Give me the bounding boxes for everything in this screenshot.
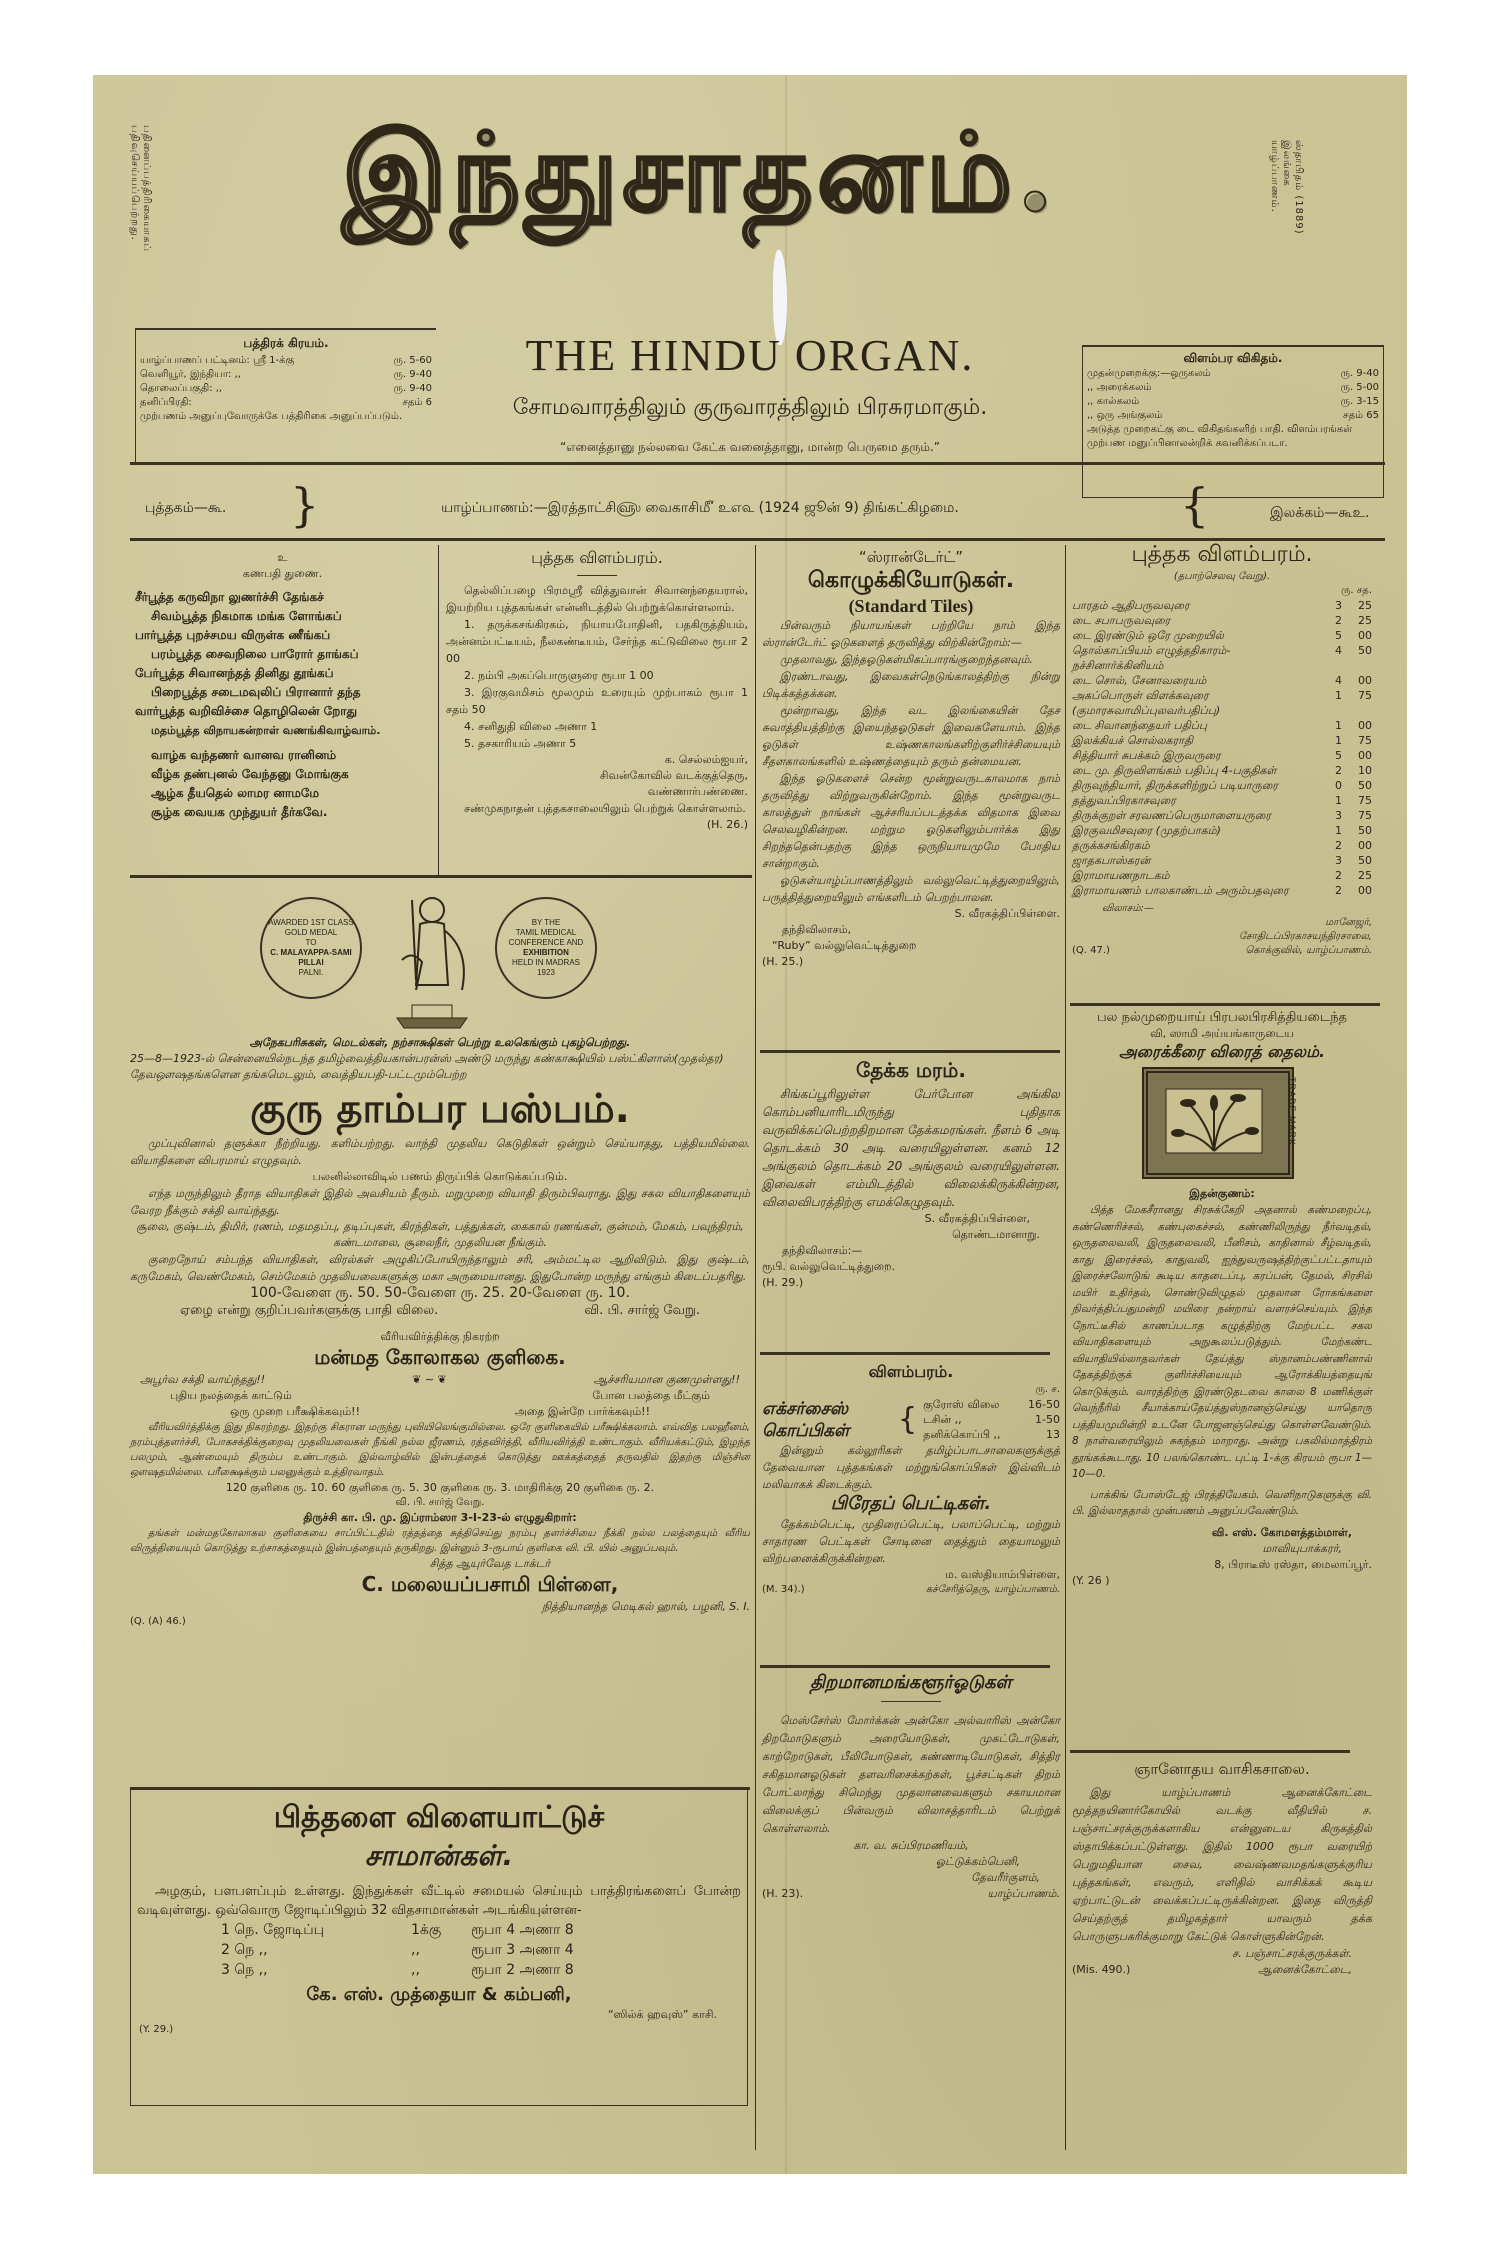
standard-tiles-advertisement: “ஸ்ரான்டேர்ட்” கொழுக்கியோடுகள். (Standar…	[762, 548, 1060, 970]
book-price-row: டை சிவானந்தையர் பதிப்பு100	[1072, 718, 1372, 733]
trademark-plant-icon	[1142, 1067, 1294, 1179]
book-title: பாரதம் ஆதிபருவவுரை	[1072, 598, 1320, 613]
book-price-cents: 00	[1342, 748, 1372, 763]
subscription-row: வெளியூர், இந்தியா: ,,ரு. 9-40	[140, 368, 432, 382]
book-price-row: இலக்கியச் சொல்லகராதி175	[1072, 733, 1372, 748]
dateline-bottom-rule	[130, 538, 1385, 541]
subscription-row: யாழ்ப்பாணப் பட்டினம்: ஸ்ரீ 1-க்குரு. 5-6…	[140, 354, 432, 368]
coffin-description: தேக்கம்பெட்டி, முதிரைப்பெட்டி, பலாப்பெட்…	[762, 1516, 1060, 1567]
motto: “எனைத்தானு நல்லவை கேட்க வனைத்தானு, மான்ற…	[440, 440, 1060, 456]
ad-rate-row: ,, ஒரு அங்குலம்சதம் 65	[1087, 409, 1379, 423]
book-ad-2-address-label: விலாசம்:—	[1072, 902, 1372, 916]
book-price-rupees: 0	[1320, 778, 1342, 793]
subscription-row: தொலைப்பகுதி: ,,ரு. 9-40	[140, 382, 432, 396]
book-price-cents: 50	[1342, 643, 1372, 673]
medicine-product-name: குரு தாம்பர பஸ்பம்.	[130, 1083, 750, 1135]
book-title: டை இரண்டும் ஒரே முறையில்	[1072, 628, 1320, 643]
ad-code: (H. 25.)	[762, 954, 1060, 970]
masthead-title: இந்துசாதனம்.	[250, 110, 1150, 251]
tiles-heading-english: (Standard Tiles)	[762, 596, 1060, 617]
book-ad-1-item: 2. நம்பி அகப்பொருளுரை ரூபா 1 00	[446, 667, 748, 684]
book-ad-1-heading: புத்தக விளம்பரம்.	[446, 548, 748, 569]
poem-line: வீழ்க தண்புனல் வேந்தனு மோங்குக	[135, 765, 430, 784]
book-price-rupees: 3	[1320, 598, 1342, 613]
volume-number: புத்தகம்—கூ.	[145, 500, 226, 518]
pill-description: வீரியவிர்த்திக்கு இது நிகரற்றது. இதற்கு …	[130, 1420, 750, 1480]
notice-heading: விளம்பரம்.	[762, 1362, 1060, 1383]
poem-line: பிறைபூத்த சடைமவுலிப் பிரானார் தந்த	[135, 683, 430, 702]
pill-tagline: ஆச்சரியமான குணமுள்ளது!!	[594, 1372, 740, 1388]
hair-oil-qualities-heading: இதன்குணம்:	[1072, 1186, 1372, 1202]
medicine-intro-1: அநேகபரிசுகள், மெடல்கள், நற்சாக்ஷிகள் பெற…	[130, 1035, 750, 1051]
mangalore-tiles-description: மெஸ்சேர்ஸ் மோர்க்கன் அன்கோ அல்வாரிஸ் அன்…	[762, 1712, 1060, 1838]
book-ad-2-heading: புத்தக விளம்பரம்.	[1072, 542, 1372, 570]
column-rule	[1065, 545, 1066, 2150]
brass-description: அழகும், பளபளப்பும் உள்ளது. இந்துக்கள் வீ…	[131, 1876, 747, 1920]
exercise-books-title: எக்சர்சைஸ்கொப்பிகள்	[762, 1398, 892, 1442]
book-price-cents: 50	[1342, 823, 1372, 838]
exercise-price-row: தனிக்கொப்பி ,,13	[923, 1427, 1060, 1442]
price-column-header: ரு. சத.	[1072, 584, 1372, 598]
book-price-list: பாரதம் ஆதிபருவவுரை325டை சபாபருவவுரை225டை…	[1072, 598, 1372, 898]
teak-wood-advertisement: தேக்க மரம். சிங்கப்பூரிலுள்ள பேர்போன அங்…	[762, 1058, 1060, 1291]
hair-oil-description: பித்த மேகசீரானது சிரசுக்கேறி அதனால் கண்ம…	[1072, 1202, 1372, 1483]
gold-medal-left-icon: AWARDED 1ST CLASS GOLD MEDALTOC. MALAYAP…	[260, 897, 362, 999]
mangalore-tiles-signature: கா. வ. சுப்பிரமணியம்,	[762, 1838, 1060, 1854]
book-price-rupees: 2	[1320, 868, 1342, 883]
book-ad-2-locality: கொக்குவில், யாழ்ப்பாணம்.	[1245, 944, 1372, 958]
book-title: டை மு. திருவிளங்கம் பதிப்பு 4-பகுதிகள்	[1072, 763, 1320, 778]
book-price-cents: 25	[1342, 598, 1372, 613]
pill-tagline: புதிய நலத்தைக் காட்டும்	[170, 1388, 292, 1404]
book-ad-1-item: 5. தசகாரியம் அணா 5	[446, 735, 748, 752]
book-title: திருவுந்தியார், திருக்களிற்றுப் படியாருர…	[1072, 778, 1320, 793]
establishment-note: ஸ்தாபிதம் (1889) இலங்கை யாழ்ப்பாணம்.	[1268, 140, 1304, 290]
library-notice: ஞானோதய வாசிகசாலை. இது யாழ்ப்பாணம் ஆனைக்க…	[1072, 1760, 1372, 1978]
ad-rates-title: விளம்பர விகிதம்.	[1083, 351, 1383, 367]
book-price-rupees: 3	[1320, 853, 1342, 868]
brass-price-row: 2 நெ ,,,,ரூபா 3 அணா 4	[221, 1940, 747, 1960]
medicine-paragraph: சூலை, குஷ்டம், திமிர், ரணம், மதமதப்பு, த…	[130, 1219, 750, 1251]
book-price-rupees: 5	[1320, 748, 1342, 763]
tiles-paragraph: முதலாவது, இந்தஓடுகள்மிகப்பாரங்குறைந்தனவு…	[762, 651, 1060, 668]
registration-line-1: பதினைப்பத்திரிகையாகப்	[140, 125, 152, 235]
doctor-address: நித்தியானந்த மெடிகல் ஹால், பழனி, S. I.	[130, 1599, 750, 1615]
teak-telegram-address: ரூபி. வல்லுவெட்டித்துறை.	[762, 1259, 1060, 1275]
invocation-poem: உ கணபதி துணை. சீர்பூத்த கருவிநா லுணர்ச்ச…	[135, 550, 430, 822]
poem-line: மதம்பூத்த விநாயகன்றாள் வணங்கிவாழ்வாம்.	[135, 721, 430, 740]
book-advertisement-1: புத்தக விளம்பரம். தெல்லிப்பழை பிரமஸ்ரீ வ…	[446, 548, 748, 833]
ad-code: (Q. (A) 46.)	[130, 1615, 750, 1629]
tiles-telegram-label: தந்திவிலாசம்,	[762, 922, 1060, 938]
mangalore-tiles-company: ஓட்டுக்கம்பெனி,	[762, 1854, 1060, 1870]
book-price-cents: 00	[1342, 718, 1372, 733]
book-price-rupees: 4	[1320, 673, 1342, 688]
book-price-cents: 10	[1342, 763, 1372, 778]
medicine-discount-note: ஏழை என்று குறிப்பவர்களுக்கு பாதி விலை.	[180, 1303, 438, 1319]
book-ad-2-manager: மானேஜர்,	[1072, 916, 1372, 930]
notice-signature: ம. வஸ்தியாம்பிள்ளை,	[762, 1567, 1060, 1583]
poem-symbol: உ	[135, 550, 430, 566]
tiles-heading: கொழுக்கியோடுகள்.	[762, 568, 1060, 596]
book-title: தத்துவப்பிரகாசவுரை	[1072, 793, 1320, 808]
pill-tagline: அதை இன்றே பார்க்கவும்!!	[515, 1404, 650, 1420]
mangalore-tiles-heading: திறமானமங்களூர்ஓடுகள்	[762, 1672, 1060, 1695]
library-description: இது யாழ்ப்பாணம் ஆனைக்கோட்டை மூத்தநயினார்…	[1072, 1784, 1372, 1946]
library-signature: ச. பஞ்சாட்சரக்குருக்கள்.	[1072, 1946, 1372, 1962]
book-price-rupees: 5	[1320, 628, 1342, 643]
book-title: அகப்பொருள் விளக்கவுரை (குமாரசுவாமிப்புலவ…	[1072, 688, 1320, 718]
book-title: தொல்காப்பியம் எழுத்ததிகாரம்-நச்சினார்க்க…	[1072, 643, 1320, 673]
book-ad-1-signature: க. செல்லம்ஐயர்,	[446, 752, 748, 768]
pill-kicker: வீரியவிர்த்திக்கு நிகரற்ற	[130, 1329, 750, 1345]
library-heading: ஞானோதய வாசிகசாலை.	[1072, 1760, 1372, 1780]
ad-rate-row: முதன்முறைக்கு:—ஒருகலம்ரு. 9-40	[1087, 367, 1379, 381]
ad-rates-box: விளம்பர விகிதம். முதன்முறைக்கு:—ஒருகலம்ர…	[1082, 345, 1384, 498]
book-title: ஜாதகபாஸ்கரன்	[1072, 853, 1320, 868]
ad-code: (M. 34).)	[762, 1583, 805, 1597]
book-title: இராமாயணநாடகம்	[1072, 868, 1320, 883]
coffin-heading: பிரேதப் பெட்டிகள்.	[762, 1493, 1060, 1516]
poem-line: சூழ்க வையக முந்துயர் தீர்கவே.	[135, 803, 430, 822]
column-rule	[755, 545, 756, 2150]
flourish-ornament-icon: ❦ ∼ ❦	[412, 1372, 447, 1388]
english-title: THE HINDU ORGAN.	[440, 330, 1060, 381]
tiles-paragraph: பின்வரும் நியாயங்கள் பற்றியே நாம் இந்த ஸ…	[762, 617, 1060, 651]
ad-code: (H. 29.)	[762, 1275, 1060, 1291]
medicine-paragraph: எந்த மருந்திலும் தீராத வியாதிகள் இதில் அ…	[130, 1185, 750, 1219]
book-price-row: டை இரண்டும் ஒரே முறையில்500	[1072, 628, 1372, 643]
exercise-price-row: குரோஸ் விலை16-50	[923, 1397, 1060, 1412]
poem-line: பரம்பூத்த சைவநிலை பாரோர் தாங்கப்	[135, 645, 430, 664]
hair-oil-title: மாவியுபாக்கரர்,	[1072, 1541, 1372, 1557]
tiles-paragraph: ஓடுகள்யாழ்ப்பாணத்திலும் வல்லுவெட்டித்துற…	[762, 872, 1060, 906]
book-price-rupees: 1	[1320, 823, 1342, 838]
testimonial-heading: திருச்சி கா. பி. மு. இப்ராம்ஸா 3-I-23-ல்…	[130, 1510, 750, 1526]
hair-oil-product-name: அரைக்கீரை விரைத் தைலம்.	[1072, 1042, 1372, 1063]
ad-rates-note: அடுத்த முறைகட்கு டை விகிதங்களிற் பாதி. வ…	[1087, 423, 1379, 451]
city-name: யாழ்ப்பாணம்.	[1268, 140, 1280, 290]
pill-tagline: ஒரு முறை பரீக்ஷிக்கவும்!!	[230, 1404, 360, 1420]
trademark-label: TRADE MARK	[1287, 1077, 1297, 1146]
book-price-rupees: 4	[1320, 643, 1342, 673]
book-price-row: இரகுவமிசவுரை (முதற்பாகம்)150	[1072, 823, 1372, 838]
pill-product-name: மன்மத கோலாகல குளிகை.	[130, 1345, 750, 1372]
column-rule	[438, 545, 439, 875]
teak-telegram-label: தந்திவிலாசம்:—	[762, 1243, 1060, 1259]
book-price-row: அகப்பொருள் விளக்கவுரை (குமாரசுவாமிப்புலவ…	[1072, 688, 1372, 718]
poem-line: சீர்பூத்த கருவிநா லுணர்ச்சி தேங்கச்	[135, 588, 430, 607]
book-price-rupees: 1	[1320, 688, 1342, 718]
hair-oil-advertisement: பல நல்முறையாய் பிரபலபிரசித்தியடைந்த வி, …	[1072, 1010, 1372, 1589]
brass-heading-2: சாமான்கள்.	[131, 1839, 747, 1876]
registration-note: பதினைப்பத்திரிகையாகப் பதிவுசெய்யப்பெற்றத…	[128, 125, 152, 235]
pill-prices: 120 குளிகை ரு. 10. 60 குளிகை ரு. 5. 30 க…	[130, 1480, 750, 1496]
registration-line-2: பதிவுசெய்யப்பெற்றது.	[128, 125, 140, 235]
book-price-cents: 00	[1342, 628, 1372, 643]
book-price-cents: 00	[1342, 673, 1372, 688]
subscription-title: பத்திரக் கிரயம்.	[136, 336, 436, 352]
book-price-rupees: 2	[1320, 613, 1342, 628]
poem-line: ஆழ்க தீயதெல் லாமர னாமமே	[135, 784, 430, 803]
book-price-rupees: 2	[1320, 883, 1342, 898]
murugan-figure-icon	[392, 890, 472, 1040]
hair-oil-postage-note: பாக்கிங் போஸ்டேஜ் பிரத்தியேகம். வெளிநாடு…	[1072, 1487, 1372, 1519]
established-year: ஸ்தாபிதம் (1889)	[1292, 140, 1304, 290]
library-locality: ஆனைக்கோட்டை,	[1258, 1962, 1372, 1978]
book-title: டை சிவானந்தையர் பதிப்பு	[1072, 718, 1320, 733]
ad-rate-row: ,, அரைக்கலம்ரு. 5-00	[1087, 381, 1379, 395]
brace-icon: {	[898, 1402, 917, 1437]
pill-tagline: அபூர்வ சக்தி வாய்ந்தது!!	[140, 1372, 265, 1388]
book-price-cents: 00	[1342, 883, 1372, 898]
subscription-note: முற்பணம் அனுப்புவோருக்கே பத்திரிகை அனுப்…	[140, 410, 432, 424]
medicine-paragraph: பலனில்லாவிடில் பணம் திருப்பிக் கொடுக்கப்…	[130, 1169, 750, 1185]
book-price-cents: 50	[1342, 853, 1372, 868]
book-ad-1-address: சிவன்கோவில் வடக்குத்தெரு,	[446, 768, 748, 784]
poem-line: வாழ்க வந்தணர் வானவ ரானினம்	[135, 746, 430, 765]
hair-oil-maker: வி, ஸாமி அய்யங்காருடைய	[1072, 1026, 1372, 1042]
book-ad-2-postage-note: (தபாற்செலவு வேறு).	[1072, 570, 1372, 584]
teak-description: சிங்கப்பூரிலுள்ள பேர்போன அங்கில கொம்பனிய…	[762, 1085, 1060, 1211]
mangalore-tiles-locality: தேவரீர்குளம்,	[762, 1870, 1060, 1886]
tiles-paragraph: இந்த ஓடுகளைச் சென்ற மூன்றுவருடகாலமாக நாம…	[762, 770, 1060, 872]
book-price-rupees: 3	[1320, 808, 1342, 823]
section-rule	[1070, 1003, 1380, 1006]
medicine-intro-2: 25—8—1923-ல் சென்னையில்நடந்த தமிழ்வைத்தி…	[130, 1051, 750, 1083]
book-price-row: திருவுந்தியார், திருக்களிற்றுப் படியாருர…	[1072, 778, 1372, 793]
book-price-cents: 75	[1342, 733, 1372, 748]
ad-code: (H. 26.)	[446, 817, 748, 833]
book-price-row: பாரதம் ஆதிபருவவுரை325	[1072, 598, 1372, 613]
book-price-rupees: 1	[1320, 718, 1342, 733]
pill-tagline: போன பலத்தை மீட்கும்	[592, 1388, 710, 1404]
ad-code: (Y. 26 )	[1072, 1573, 1372, 1589]
subscription-box: பத்திரக் கிரயம். யாழ்ப்பாணப் பட்டினம்: ஸ…	[135, 328, 436, 462]
book-price-row: டை சொல், சேனாவரையம்400	[1072, 673, 1372, 688]
issue-number: இலக்கம்—கூஉ.	[1270, 505, 1370, 523]
doctor-name: C. மலையப்பசாமி பிள்ளை,	[130, 1572, 750, 1599]
ad-code: (H. 23).	[762, 1886, 803, 1902]
ad-code: (Q. 47.)	[1072, 944, 1110, 958]
hair-oil-signature: வி. எஸ். கோமளத்தம்மாள்,	[1072, 1525, 1372, 1541]
book-ad-1-footer: சண்முகநாதன் புத்தகசாலையிலும் பெற்றுக் கொ…	[446, 800, 748, 817]
poem-line: பார்பூத்த புறச்சமய விருள்க ணீங்கப்	[135, 626, 430, 645]
brass-heading-1: பித்தளை விளையாட்டுச்	[131, 1800, 747, 1839]
brass-company-address: “ஸில்க் ஹவுஸ்” காசி.	[131, 2007, 747, 2023]
mangalore-tiles-advertisement: திறமானமங்களூர்ஓடுகள் மெஸ்சேர்ஸ் மோர்க்கன…	[762, 1672, 1060, 1902]
medicine-vp-note: வி. பி. சார்ஜ் வேறு.	[584, 1303, 700, 1319]
book-ad-1-item: 4. சனிதுதி விலை அணா 1	[446, 718, 748, 735]
book-price-cents: 25	[1342, 613, 1372, 628]
book-price-rupees: 1	[1320, 793, 1342, 808]
ad-code: (Mis. 490.)	[1072, 1962, 1130, 1978]
pill-vp-note: வி. பி. சார்ஜ் வேறு.	[130, 1496, 750, 1510]
gold-medal-right-icon: BY THETAMIL MEDICALCONFERENCE ANDEXHIBIT…	[495, 897, 597, 999]
hair-oil-address: 8, பிராடீஸ் ரஸ்தா, மைலாப்பூர்.	[1072, 1557, 1372, 1573]
ad-code: (Y. 29.)	[131, 2023, 747, 2037]
section-rule	[130, 875, 752, 878]
poem-line: பேர்பூத்த சிவானந்தத் தினிது தூங்கப்	[135, 664, 430, 683]
book-title: சித்தியார் சுபக்கம் இருவருரை	[1072, 748, 1320, 763]
tiles-signature: S. வீரகத்திப்பிள்ளை.	[762, 906, 1060, 922]
exercise-books-advertisement: விளம்பரம். ரு. ச. எக்சர்சைஸ்கொப்பிகள் { …	[762, 1362, 1060, 1597]
book-price-row: டை சபாபருவவுரை225	[1072, 613, 1372, 628]
poem-heading: கணபதி துணை.	[135, 566, 430, 582]
book-price-row: இராமாயணநாடகம்225	[1072, 868, 1372, 883]
book-ad-1-item: 3. இரகுவமிசம் மூலமும் உரையும் முற்பாகம் …	[446, 684, 748, 718]
ad-rate-row: ,, கால்கலம்ரு. 3-15	[1087, 395, 1379, 409]
tiles-paragraph: இரண்டாவது, இவைகள்நெடுங்காலத்திற்கு நின்ற…	[762, 668, 1060, 702]
doctor-title: சித்த ஆயுர்வேத டாக்டர்	[130, 1556, 750, 1572]
medicine-paragraph: குறைநோய் சம்பந்த வியாதிகள், விரல்கள் அழு…	[130, 1251, 750, 1285]
book-price-row: தொல்காப்பியம் எழுத்ததிகாரம்-நச்சினார்க்க…	[1072, 643, 1372, 673]
brass-company-name: கே. எஸ். முத்தையா & கம்பனி,	[131, 1984, 747, 2007]
tiles-telegram-address: “Ruby” வல்லுவெட்டித்துறை	[762, 938, 1060, 954]
book-title: திருக்குறள் சரவணப்பெருமாளையருரை	[1072, 808, 1320, 823]
subscription-row: தனிப்பிரதி:சதம் 6	[140, 396, 432, 410]
book-price-cents: 50	[1342, 778, 1372, 793]
book-title: இராமாயணம் பாலகாண்டம் அரும்பதவுரை	[1072, 883, 1320, 898]
country-name: இலங்கை	[1280, 140, 1292, 290]
publication-days: சோமவாரத்திலும் குருவாரத்திலும் பிரசுரமாக…	[440, 395, 1060, 423]
book-price-row: டை மு. திருவிளங்கம் பதிப்பு 4-பகுதிகள்21…	[1072, 763, 1372, 778]
section-rule	[1070, 1750, 1350, 1753]
book-title: தருக்கசங்கிரகம்	[1072, 838, 1320, 853]
brass-price-row: 3 நெ ,,,,ரூபா 2 அணா 8	[221, 1960, 747, 1980]
book-price-rupees: 1	[1320, 733, 1342, 748]
notice-address: கச்சேரித்தெரு, யாழ்ப்பாணம்.	[926, 1583, 1060, 1597]
book-title: இலக்கியச் சொல்லகராதி	[1072, 733, 1320, 748]
brass-toys-advertisement: பித்தளை விளையாட்டுச் சாமான்கள். அழகும், …	[130, 1790, 748, 2106]
medicine-paragraph: முப்புவினால் தளுக்கா நீற்றியது. களிம்பற்…	[130, 1135, 750, 1169]
book-price-row: ஜாதகபாஸ்கரன்350	[1072, 853, 1372, 868]
book-price-cents: 25	[1342, 868, 1372, 883]
book-price-row: தருக்கசங்கிரகம்200	[1072, 838, 1372, 853]
guru-thambara-bhasmam-advertisement: AWARDED 1ST CLASS GOLD MEDALTOC. MALAYAP…	[130, 885, 750, 1705]
section-rule	[760, 1352, 1050, 1355]
book-price-cents: 75	[1342, 793, 1372, 808]
book-title: டை சபாபருவவுரை	[1072, 613, 1320, 628]
teak-heading: தேக்க மரம்.	[762, 1058, 1060, 1085]
poem-line: வார்பூத்த வறிவிச்சை தொழிலென் றோது	[135, 702, 430, 721]
section-rule	[760, 1665, 1050, 1668]
teak-signature: S. வீரகத்திப்பிள்ளை,	[762, 1211, 1060, 1227]
section-rule	[760, 1050, 1060, 1053]
book-ad-2-press: சோதிடப்பிரகாசயந்திரசாலை,	[1072, 930, 1372, 944]
medicine-prices: 100-வேளை ரு. 50. 50-வேளை ரு. 25. 20-வேளை…	[130, 1285, 750, 1303]
book-ad-1-locality: வண்ணார்பண்ணை.	[446, 784, 748, 800]
book-ad-1-item: 1. தருக்கசங்கிரகம், நியாயபோதினி, பதகிருத…	[446, 616, 748, 667]
price-column-header: ரு. ச.	[762, 1383, 1060, 1397]
testimonial-text: தங்கள் மன்மதகோலாகல குளிகையை சாப்பிட்டதில…	[130, 1526, 750, 1556]
book-price-row: இராமாயணம் பாலகாண்டம் அரும்பதவுரை200	[1072, 883, 1372, 898]
book-price-row: சித்தியார் சுபக்கம் இருவருரை500	[1072, 748, 1372, 763]
exercise-price-row: டசின் ,,1-50	[923, 1412, 1060, 1427]
right-brace: {	[1180, 482, 1209, 528]
dateline-top-rule	[130, 462, 1385, 465]
book-price-rupees: 2	[1320, 838, 1342, 853]
teak-locality: தொண்டமானாறு.	[762, 1227, 1060, 1243]
book-title: இரகுவமிசவுரை (முதற்பாகம்)	[1072, 823, 1320, 838]
book-title: டை சொல், சேனாவரையம்	[1072, 673, 1320, 688]
brass-price-row: 1 நெ. ஜோடிப்பு1க்குரூபா 4 அணா 8	[221, 1920, 747, 1940]
book-price-cents: 75	[1342, 688, 1372, 718]
book-price-row: தத்துவப்பிரகாசவுரை175	[1072, 793, 1372, 808]
book-price-cents: 75	[1342, 808, 1372, 823]
poem-line: சிவம்பூத்த நிகமாக மங்க ளோங்கப்	[135, 607, 430, 626]
book-ad-1-intro: தெல்லிப்பழை பிரமஸ்ரீ வித்துவான் சிவானந்த…	[446, 582, 748, 616]
book-advertisement-2: புத்தக விளம்பரம். (தபாற்செலவு வேறு). ரு.…	[1072, 542, 1372, 958]
mangalore-tiles-city: யாழ்ப்பாணம்.	[988, 1886, 1061, 1902]
book-price-cents: 00	[1342, 838, 1372, 853]
date-line: யாழ்ப்பாணம்:—இரத்தாட்சி௵ வைகாசி௴ உஎ௳ (19…	[330, 500, 1070, 518]
book-price-row: திருக்குறள் சரவணப்பெருமாளையருரை375	[1072, 808, 1372, 823]
left-brace: }	[290, 482, 319, 528]
tiles-paragraph: மூன்றாவது, இந்த வட இலங்கையின் தேச சுவாத்…	[762, 702, 1060, 770]
tiles-kicker: “ஸ்ரான்டேர்ட்”	[762, 548, 1060, 568]
notice-body: இன்னும் கல்லூரிகள் தமிழ்ப்பாடசாலைகளுக்கு…	[762, 1442, 1060, 1493]
book-price-rupees: 2	[1320, 763, 1342, 778]
hair-oil-intro: பல நல்முறையாய் பிரபலபிரசித்தியடைந்த	[1072, 1010, 1372, 1026]
